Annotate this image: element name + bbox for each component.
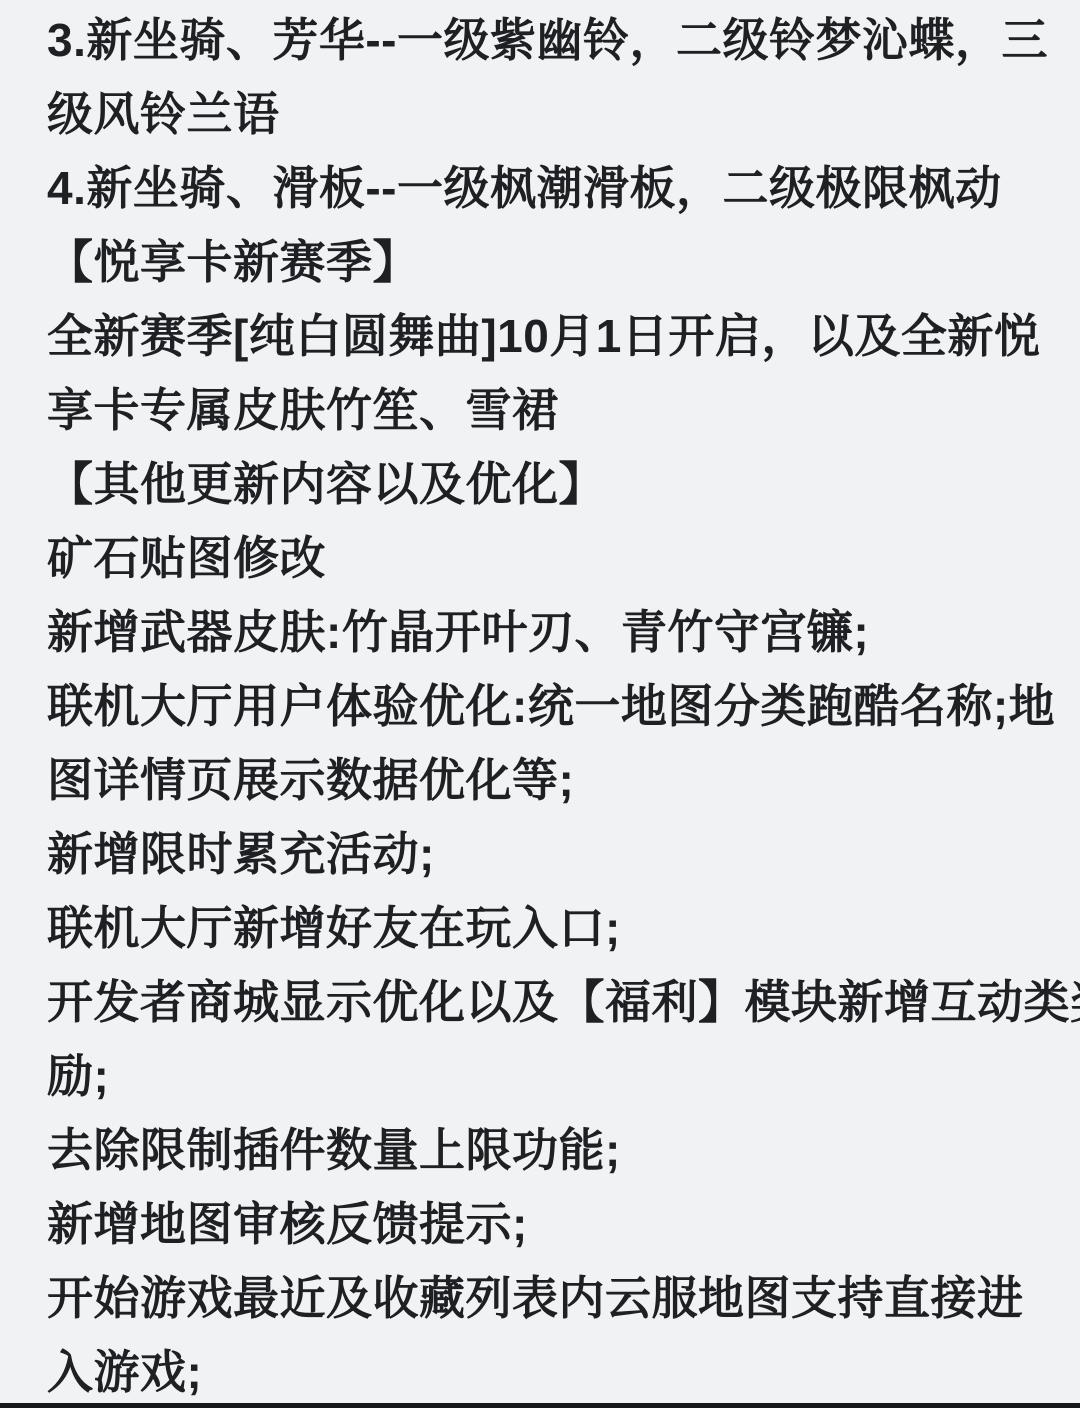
update-note-line: 开始游戏最近及收藏列表内云服地图支持直接进 bbox=[47, 1261, 1036, 1335]
update-note-line: 新增武器皮肤:竹晶开叶刃、青竹守宫镰; bbox=[47, 595, 1036, 669]
update-note-line: 开发者商城显示优化以及【福利】模块新增互动类奖 bbox=[47, 965, 1036, 1039]
bottom-edge-bar bbox=[0, 1403, 1080, 1408]
update-note-line: 去除限制插件数量上限功能; bbox=[47, 1113, 1036, 1187]
update-note-line: 3.新坐骑、芳华--一级紫幽铃，二级铃梦沁蝶，三 bbox=[47, 3, 1036, 77]
update-note-line: 联机大厅用户体验优化:统一地图分类跑酷名称;地 bbox=[47, 669, 1036, 743]
update-note-line: 励; bbox=[47, 1039, 1036, 1113]
update-note-line: 享卡专属皮肤竹笙、雪裙 bbox=[47, 373, 1036, 447]
update-note-line: 全新赛季[纯白圆舞曲]10月1日开启，以及全新悦 bbox=[47, 299, 1036, 373]
section-heading-other-updates: 【其他更新内容以及优化】 bbox=[47, 447, 1036, 521]
update-notes-page: 3.新坐骑、芳华--一级紫幽铃，二级铃梦沁蝶，三 级风铃兰语 4.新坐骑、滑板-… bbox=[0, 0, 1080, 1408]
update-note-line: 4.新坐骑、滑板--一级枫潮滑板，二级极限枫动 bbox=[47, 151, 1036, 225]
update-note-line: 级风铃兰语 bbox=[47, 77, 1036, 151]
update-note-line: 图详情页展示数据优化等; bbox=[47, 743, 1036, 817]
section-heading-membership-season: 【悦享卡新赛季】 bbox=[47, 225, 1036, 299]
update-note-line: 矿石贴图修改 bbox=[47, 521, 1036, 595]
update-note-line: 新增地图审核反馈提示; bbox=[47, 1187, 1036, 1261]
update-note-line: 联机大厅新增好友在玩入口; bbox=[47, 891, 1036, 965]
update-note-line: 入游戏; bbox=[47, 1335, 1036, 1408]
update-note-line: 新增限时累充活动; bbox=[47, 817, 1036, 891]
